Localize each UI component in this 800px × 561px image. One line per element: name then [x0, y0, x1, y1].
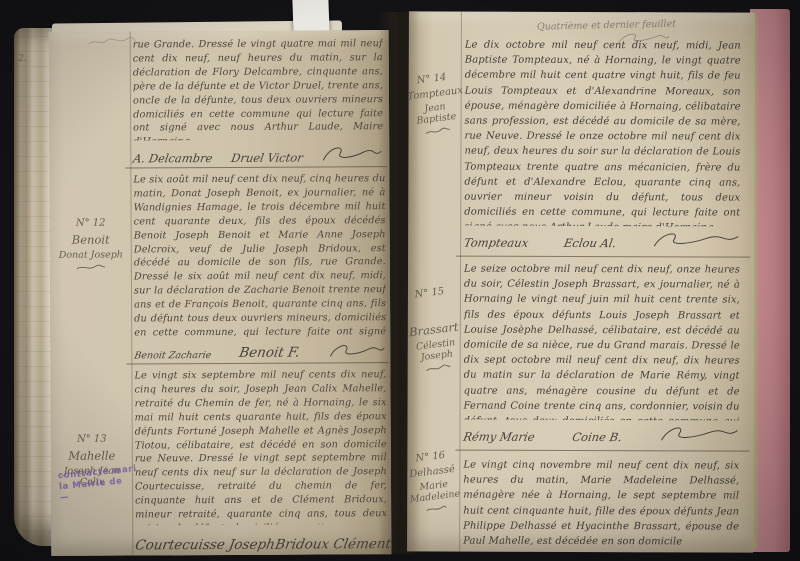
deceased-surname: Benoit [54, 232, 128, 246]
signature: Benoit Zacharie [133, 350, 212, 361]
entry-number: N° 14 [407, 71, 458, 88]
entry-body: rue Grande. Dressé le vingt quatre mai m… [133, 37, 384, 140]
signature: Benoit F. [238, 345, 301, 361]
maire-signature-flourish [652, 230, 740, 250]
signature: Rémy Marie [462, 430, 536, 444]
maire-signature-flourish [659, 424, 739, 444]
deceased-forenames: Donat Joseph [54, 249, 128, 260]
deceased-forenames: Jean Baptiste [409, 99, 463, 127]
maire-signature-flourish [321, 144, 383, 164]
signature: Tompteaux [463, 236, 530, 250]
entry-separator-line [126, 362, 388, 364]
signature-row: Tompteaux Eclou Al. [464, 228, 740, 251]
entry-number: N° 16 [407, 449, 457, 466]
margin-flourish [425, 363, 452, 374]
margin-note: N° 12 Benoit Donat Joseph [54, 217, 128, 271]
entry-separator-line [455, 450, 749, 452]
margin-note: N° 15 Brassart Célestin Joseph [407, 285, 465, 376]
entry-number: N° 12 [54, 217, 128, 228]
deceased-forenames: Marie Madeleine [407, 477, 461, 505]
signature: Bridoux Clément [273, 536, 391, 553]
entry-separator-line [125, 166, 387, 168]
margin-flourish [425, 504, 448, 514]
stack-page-number: 2. [18, 54, 27, 64]
maire-signature-flourish [328, 342, 386, 360]
left-page: rue Grande. Dressé le vingt quatre mai m… [49, 30, 392, 556]
entry-body: Le vingt cinq novembre mil neuf cent dix… [463, 458, 739, 551]
margin-note: N° 16 Delhassé Marie Madeleine [407, 449, 463, 516]
deceased-surname: Mahelle [53, 448, 131, 462]
signature: Coine B. [571, 430, 623, 444]
margin-flourish [424, 126, 451, 137]
entry-body: Le vingt six septembre mil neuf cents di… [134, 368, 387, 525]
signature-row: Rémy Marie Coine B. [463, 422, 739, 445]
signature: Druel Victor [230, 151, 304, 165]
entry-number: N° 13 [53, 433, 131, 444]
right-page: Quatrième et dernier feuillet N° 14 Tomp… [407, 11, 755, 552]
signature-row: Benoit Zacharie Benoit F. [134, 340, 386, 361]
signature: Eclou Al. [563, 236, 618, 250]
entry-separator-line [456, 256, 750, 258]
deceased-forenames: Célestin Joseph [409, 336, 463, 364]
signature-row: Courtecuisse Joseph Bridoux Clément [135, 526, 387, 553]
signature-row: A. Delcambre Druel Victor [133, 140, 383, 165]
margin-flourish [76, 264, 106, 272]
entry-body: Le six août mil neuf cent dix neuf, cinq… [133, 172, 386, 339]
entry-body: Le dix octobre mil neuf cent dix neuf, m… [464, 38, 741, 227]
margin-note: N° 14 Tompteaux Jean Baptiste [407, 71, 464, 139]
official-stamp: contracté mari la Mairie de — [58, 464, 143, 504]
entry-number: N° 15 [407, 285, 456, 302]
register-photo: 2. rue Grande. Dressé le vingt quatre ma… [0, 0, 800, 561]
entry-body: Le seize octobre mil neuf cent dix neuf,… [464, 262, 741, 421]
signature: A. Delcambre [132, 151, 214, 165]
pencil-scribble [87, 35, 137, 49]
signature: Courtecuisse Joseph [134, 537, 276, 554]
